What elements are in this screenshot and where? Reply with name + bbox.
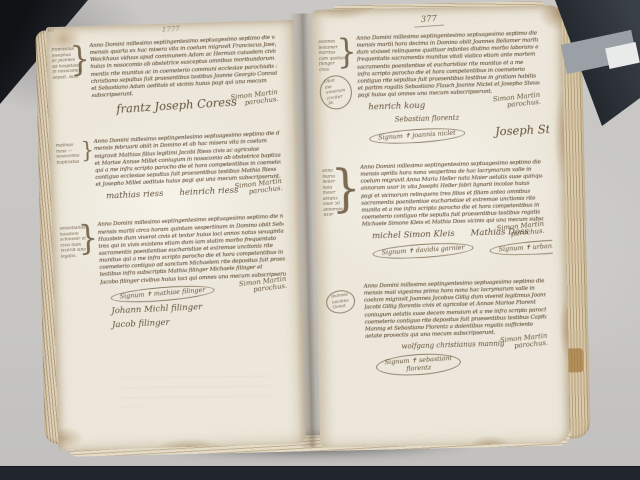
register-entry: franciscusjosephusac joannesad hospitale… [49,34,286,121]
entry-content: Anno Domini millesimo septingentesimo se… [356,30,549,145]
margin-note-line: Gonat [333,303,350,311]
signum-mark: Signum ✝ mathiae filinger [110,283,215,305]
signature: Johann Michl filinger [111,303,202,317]
entry-body-text: Anno Domini millesimo septingentesimo se… [360,159,544,229]
entry-margin-note: joannesbellamermarituscum quatuorfilinge… [316,36,359,146]
entry-content: Anno Domini millesimo septingentesimo se… [94,130,291,208]
signature: heinrich riess [179,186,238,199]
signature-row: Jacob filinger [112,315,230,330]
left-page: 97 1777 franciscusjosephusac joannesad h… [46,20,306,451]
signature-row: Johann Michl filinger [111,301,229,316]
signature-row: frantz Joseph Coress [102,98,220,116]
signature-row: Signum ✝ davidis garnierSignum ✝ urbani … [372,242,486,259]
margin-brace-icon: } [330,164,361,215]
signature-zone: Simon Martinparochus.Signum ✝ mathiae fi… [100,278,288,331]
signature-row: Signum ✝ mathiae filinger [110,284,228,303]
open-register-book: 97 1777 franciscusjosephusac joannesad h… [33,2,617,465]
parochus-signature: Simon Martinparochus. [499,333,548,352]
signature: wolfgang christianus mannig [401,340,504,351]
register-entry: mathiasriess —nosocomiobaptizatus}Anno D… [54,130,291,210]
signature-zone: Simon Martinparochus.wolfgang christianu… [365,336,548,378]
entry-content: Anno Domini millesimo septingentesimo se… [89,34,286,119]
entry-margin-note: mathiasriess —nosocomiobaptizatus} [54,139,97,210]
signature: Jacob filinger [112,318,170,331]
signum-mark: Signum ✝ joannis niclet [369,126,465,144]
signature-zone: Simon Martinparochus.michel Simon KleisM… [362,224,545,260]
margin-brace-icon: } [78,222,99,257]
entry-margin-note: franciscusjosephusac joannesad hospitale… [49,43,92,121]
register-entry: joannesbellamermarituscum quatuorfilinge… [316,30,549,146]
signature-row: Signum ✝ joannis nicletJoseph Stessan [369,125,483,144]
entry-margin-note: joannesjacobusGonat [324,284,367,379]
bleed-through-marks [120,367,271,408]
signature-row: michel Simon KleisMathias Doss [372,228,486,241]
signature: henrich koug [368,101,425,113]
signature-row: henrich koug [368,99,482,112]
margin-brace-icon: } [336,36,357,70]
margin-brace-icon: } [69,43,90,78]
signature: Joseph Stessan [494,122,549,139]
parochus-signature: Simon Martinparochus. [238,276,287,296]
photographed-register-scene: 97 1777 franciscusjosephusac joannesad h… [0,0,640,480]
margin-circled-note: joannesjacobusGonat [325,289,357,315]
signature: frantz Joseph Coress [116,96,237,117]
signum-mark: Signum ✝ sebastianiflorentz [375,352,461,377]
entry-body-text: Anno Domini millesimo septingentesimo se… [97,214,286,287]
register-entry: annamariahellernatamaieraetatissuae 50an… [320,159,553,261]
right-page-content: joannesbellamermarituscum quatuorfilinge… [309,4,572,449]
entry-margin-note: sebastianushausteinschlosser etcivis dum… [57,222,102,333]
entry-body-text: Anno Domini millesimo septingentesimo se… [356,30,540,100]
entry-content: Anno Domini millesimo septingentesimo se… [360,159,553,260]
entry-content: Anno Domini millesimo septingentesimo se… [97,213,296,331]
table-edge-strip [0,466,640,480]
signature: mathias riess [106,189,164,202]
signature: michel Simon Kleis [372,229,455,241]
entry-margin-note: annamariahellernatamaieraetatissuae 50an… [320,165,363,261]
signum-mark: Signum ✝ urbani clauspeter [489,237,552,258]
register-entry: joannesjacobusGonatAnno Domini millesimo… [324,278,557,378]
margin-note-line: 38. [327,99,347,107]
register-entry: sebastianushausteinschlosser etcivis dum… [57,213,296,333]
parochus-signature: Simon Martinparochus. [492,92,541,111]
signature-row: mathias riessheinrich riess [106,187,224,202]
entry-body-text: Anno Domini millesimo septingentesimo se… [364,278,548,341]
signature-zone: Simon Martinparochus.henrich kougSebasti… [358,95,541,145]
signum-mark: Signum ✝ davidis garnier [372,241,474,260]
signature-row: Signum ✝ sebastianiflorentz [376,352,491,377]
entry-content: Anno Domini millesimo septingentesimo se… [364,278,557,377]
signature: Sebastian florentz [395,114,460,124]
signature-row: Sebastian florentz [369,113,483,124]
parochus-signature: Simon Martinparochus. [234,178,283,198]
signature: Mathias Doss [471,227,529,239]
margin-brace-icon: } [80,139,94,162]
signature-row: wolfgang christianus mannig [375,340,489,351]
right-page: 377 joannesbellamermarituscum quatuorfil… [312,5,570,448]
margin-circled-note: Obiitdieannorumcirciter38. [318,73,354,110]
